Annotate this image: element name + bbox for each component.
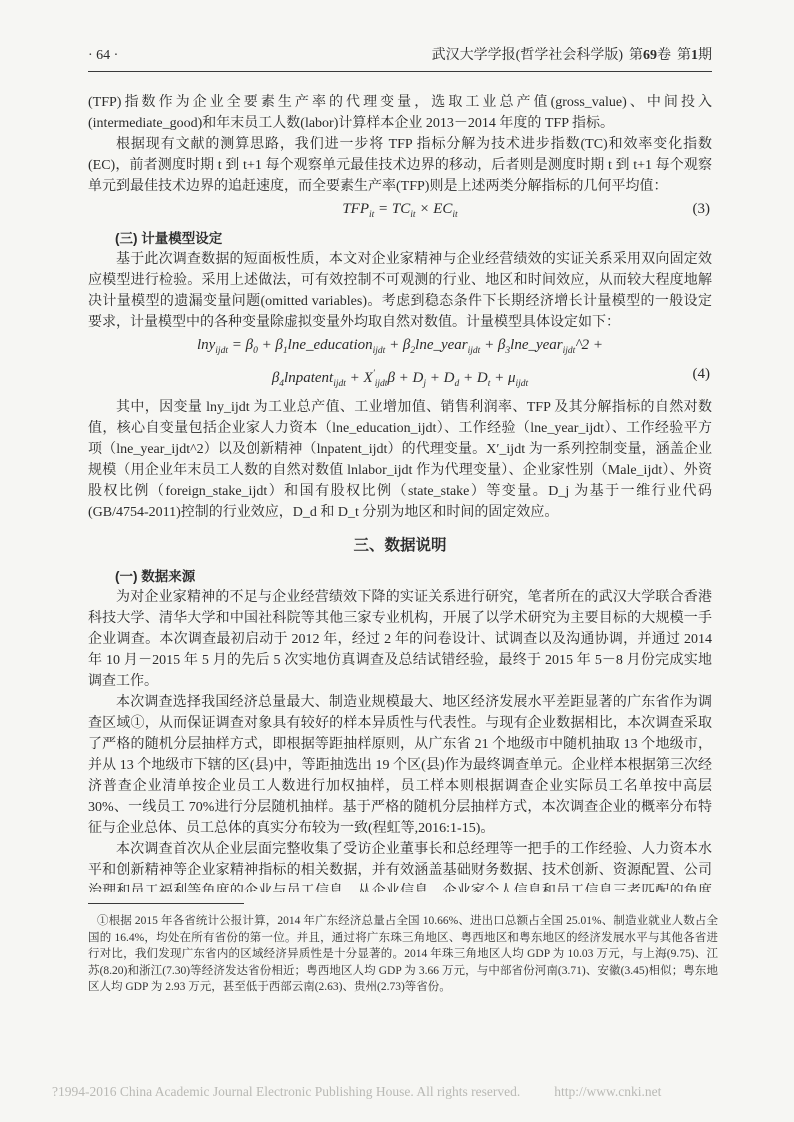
page-header: · 64 · 武汉大学学报(哲学社会科学版)第69卷第1期 [88, 44, 712, 72]
paragraph-sampling-method: 本次调查选择我国经济总量最大、制造业规模最大、地区经济发展水平差距显著的广东省作… [88, 692, 712, 839]
equation-4-line2: β4lnpatentijdt + X′ijdtβ + Dj + Dd + Dt … [88, 364, 712, 395]
paragraph-data-coverage: 本次调查首次从企业层面完整收集了受访企业董事长和总经理等一把手的工作经验、人力资… [88, 839, 712, 892]
volume-label: 第 [629, 48, 643, 63]
subsection-heading-data-source: (一) 数据来源 [88, 566, 712, 587]
footnote-text: ①根据 2015 年各省统计公报计算，2014 年广东经济总量占全国 10.66… [88, 913, 718, 996]
equation-3-number: (3) [693, 199, 711, 220]
paragraph-tfp-decomposition: 根据现有文献的测算思路，我们进一步将 TFP 指标分解为技术进步指数(TC)和效… [88, 134, 712, 197]
issue-label: 第 [677, 48, 691, 63]
paragraph-survey-background: 为对企业家精神的不足与企业经营绩效下降的实证关系进行研究，笔者所在的武汉大学联合… [88, 587, 712, 692]
issue-unit: 期 [698, 48, 712, 63]
page-number: · 64 · [88, 48, 118, 64]
volume-number: 69 [643, 48, 657, 63]
equation-4-body-line1: lnyijdt = β0 + β1lne_educationijdt + β2l… [197, 337, 603, 353]
volume-unit: 卷 [657, 48, 671, 63]
section-title-data-description: 三、数据说明 [88, 535, 712, 556]
journal-info: 武汉大学学报(哲学社会科学版)第69卷第1期 [432, 44, 712, 64]
article-body: (TFP)指数作为企业全要素生产率的代理变量，选取工业总产值(gross_val… [88, 92, 712, 892]
issue-number: 1 [691, 48, 698, 63]
equation-4-number: (4) [693, 364, 711, 385]
equation-3-body: TFPit = TCit × ECit [342, 201, 457, 217]
equation-3: TFPit = TCit × ECit (3) [88, 199, 712, 226]
subsection-heading-model-setup: (三) 计量模型设定 [88, 228, 712, 249]
paragraph-variable-definitions: 其中，因变量 lny_ijdt 为工业总产值、工业增加值、销售利润率、TFP 及… [88, 397, 712, 523]
equation-4-body-line2: β4lnpatentijdt + X′ijdtβ + Dj + Dd + Dt … [272, 370, 528, 386]
paragraph-model-specification: 基于此次调查数据的短面板性质，本文对企业家精神与企业经营绩效的实证关系采用双向固… [88, 249, 712, 333]
journal-page: · 64 · 武汉大学学报(哲学社会科学版)第69卷第1期 (TFP)指数作为企… [0, 0, 794, 1122]
footnote-divider [88, 903, 244, 904]
cnki-url: http://www.cnki.net [554, 1084, 661, 1100]
page-footer: ?1994-2016 China Academic Journal Electr… [52, 1084, 742, 1100]
journal-title: 武汉大学学报(哲学社会科学版) [432, 48, 623, 63]
paragraph-tfp-variables: (TFP)指数作为企业全要素生产率的代理变量，选取工业总产值(gross_val… [88, 92, 712, 134]
copyright-text: ?1994-2016 China Academic Journal Electr… [52, 1084, 520, 1100]
equation-4-line1: lnyijdt = β0 + β1lne_educationijdt + β2l… [88, 335, 712, 362]
